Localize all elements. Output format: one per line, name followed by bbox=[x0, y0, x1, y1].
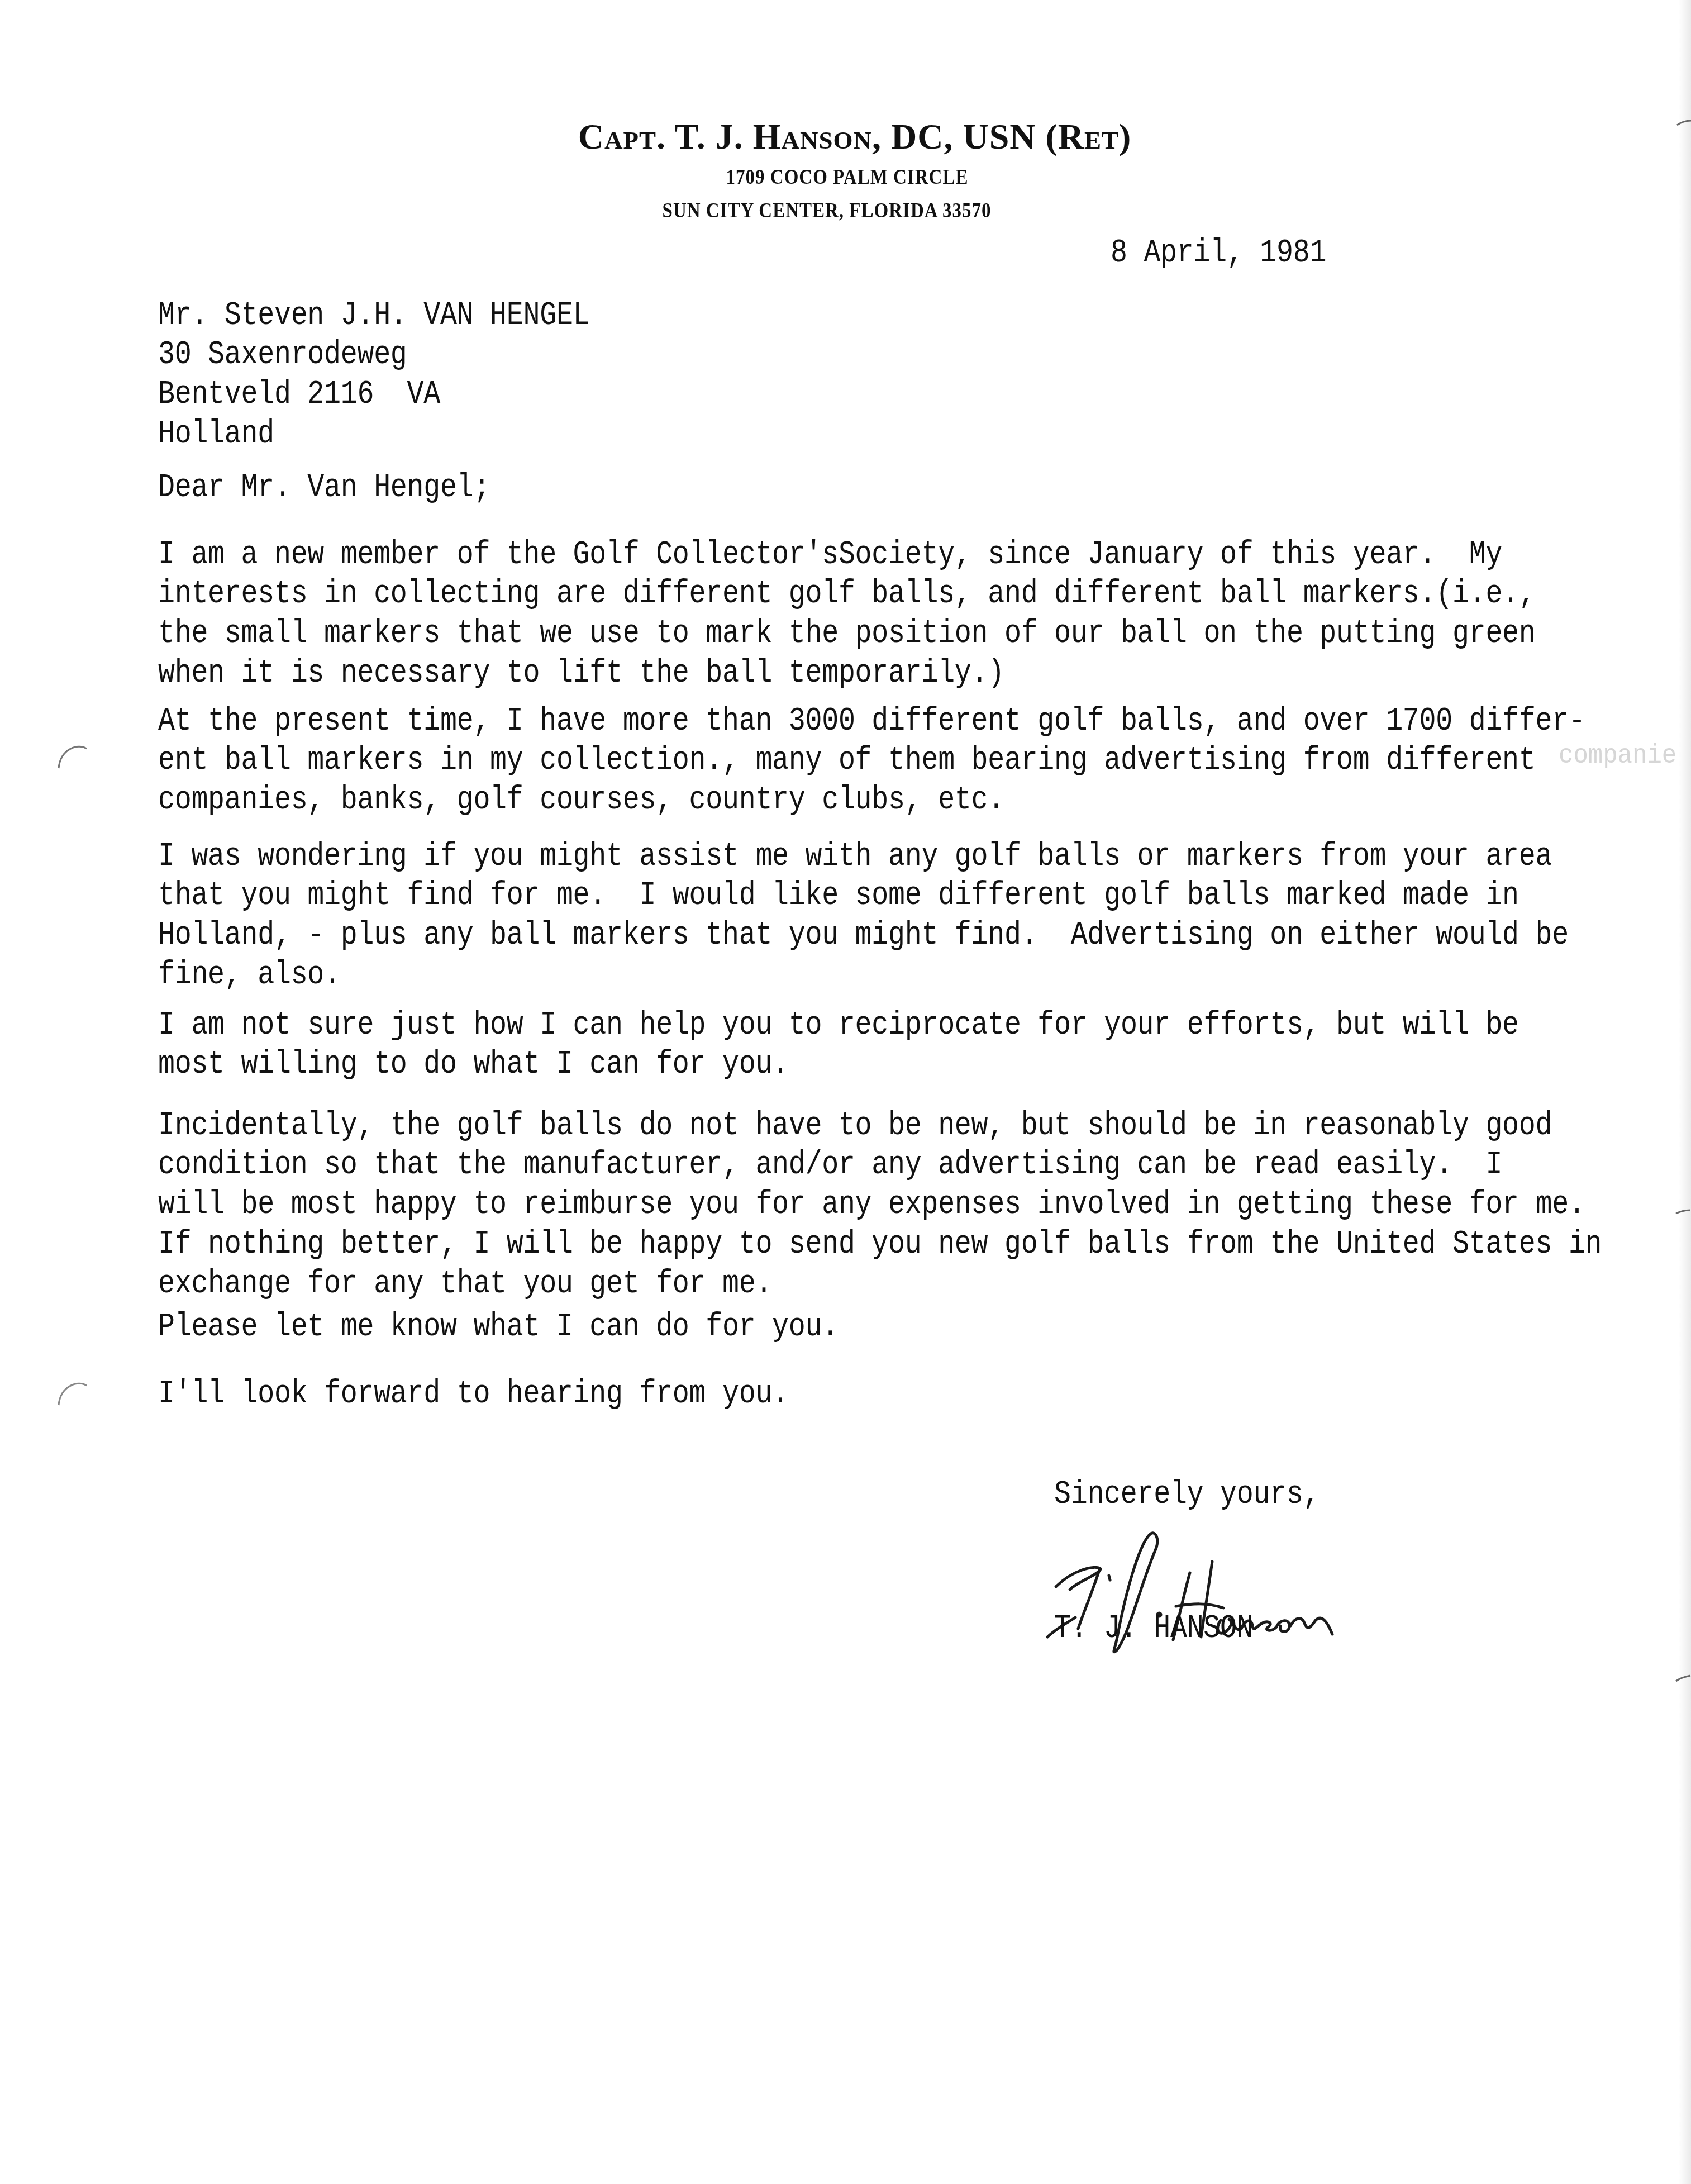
recipient-line: 30 Saxenrodeweg bbox=[158, 336, 589, 375]
letter-page: Capt. T. J. Hanson, DC, USN (Ret) 1709 C… bbox=[0, 0, 1691, 2184]
edge-mark-icon bbox=[1676, 117, 1691, 129]
body-line: the small markers that we use to mark th… bbox=[158, 615, 1536, 654]
margin-ghost-text: companie bbox=[1559, 740, 1676, 771]
body-line: Holland, - plus any ball markers that yo… bbox=[158, 916, 1569, 956]
letterhead-name: Capt. T. J. Hanson, DC, USN (Ret) bbox=[0, 116, 1691, 158]
body-line: I am a new member of the Golf Collector'… bbox=[158, 535, 1536, 575]
typed-signatory-name: T. J. HANSON bbox=[1054, 1609, 1253, 1649]
body-paragraph-1: I am a new member of the Golf Collector'… bbox=[158, 535, 1536, 693]
body-line: exchange for any that you get for me. bbox=[158, 1264, 1602, 1304]
body-line: that you might find for me. I would like… bbox=[158, 877, 1569, 916]
paper-edge bbox=[1679, 0, 1691, 2184]
body-line: At the present time, I have more than 30… bbox=[158, 702, 1585, 741]
punch-hole-mark-icon bbox=[56, 737, 89, 771]
recipient-address: Mr. Steven J.H. VAN HENGEL30 Saxenrodewe… bbox=[158, 296, 589, 454]
letterhead-address-line-1: 1709 COCO PALM CIRCLE bbox=[0, 166, 1691, 190]
body-line: condition so that the manufacturer, and/… bbox=[158, 1146, 1602, 1186]
body-paragraph-3: I was wondering if you might assist me w… bbox=[158, 837, 1569, 995]
recipient-line: Mr. Steven J.H. VAN HENGEL bbox=[158, 296, 589, 336]
body-line: most willing to do what I can for you. bbox=[158, 1045, 1519, 1085]
recipient-line: Bentveld 2116 VA bbox=[158, 375, 589, 415]
body-line: I was wondering if you might assist me w… bbox=[158, 837, 1569, 877]
salutation: Dear Mr. Van Hengel; bbox=[158, 468, 490, 508]
body-paragraph-6: Please let me know what I can do for you… bbox=[158, 1307, 839, 1347]
body-line: will be most happy to reimburse you for … bbox=[158, 1186, 1602, 1225]
body-line: I'll look forward to hearing from you. bbox=[158, 1374, 789, 1414]
edge-mark-icon bbox=[1675, 1673, 1691, 1685]
body-paragraph-4: I am not sure just how I can help you to… bbox=[158, 1006, 1519, 1085]
body-line: interests in collecting are different go… bbox=[158, 575, 1536, 615]
body-line: ent ball markers in my collection., many… bbox=[158, 741, 1585, 781]
body-line: Incidentally, the golf balls do not have… bbox=[158, 1106, 1602, 1146]
recipient-line: Holland bbox=[158, 415, 589, 454]
body-paragraph-7: I'll look forward to hearing from you. bbox=[158, 1374, 789, 1414]
edge-mark-icon bbox=[1675, 1207, 1691, 1218]
punch-hole-mark-icon bbox=[56, 1374, 89, 1408]
letter-date: 8 April, 1981 bbox=[1111, 234, 1326, 273]
body-paragraph-2: At the present time, I have more than 30… bbox=[158, 702, 1585, 820]
body-line: Please let me know what I can do for you… bbox=[158, 1307, 839, 1347]
body-line: If nothing better, I will be happy to se… bbox=[158, 1225, 1602, 1264]
body-line: companies, banks, golf courses, country … bbox=[158, 781, 1585, 821]
body-line: fine, also. bbox=[158, 955, 1569, 995]
body-paragraph-5: Incidentally, the golf balls do not have… bbox=[158, 1106, 1602, 1304]
letterhead-address-line-2: SUN CITY CENTER, FLORIDA 33570 bbox=[0, 199, 1654, 223]
body-line: when it is necessary to lift the ball te… bbox=[158, 654, 1536, 693]
body-line: I am not sure just how I can help you to… bbox=[158, 1006, 1519, 1045]
